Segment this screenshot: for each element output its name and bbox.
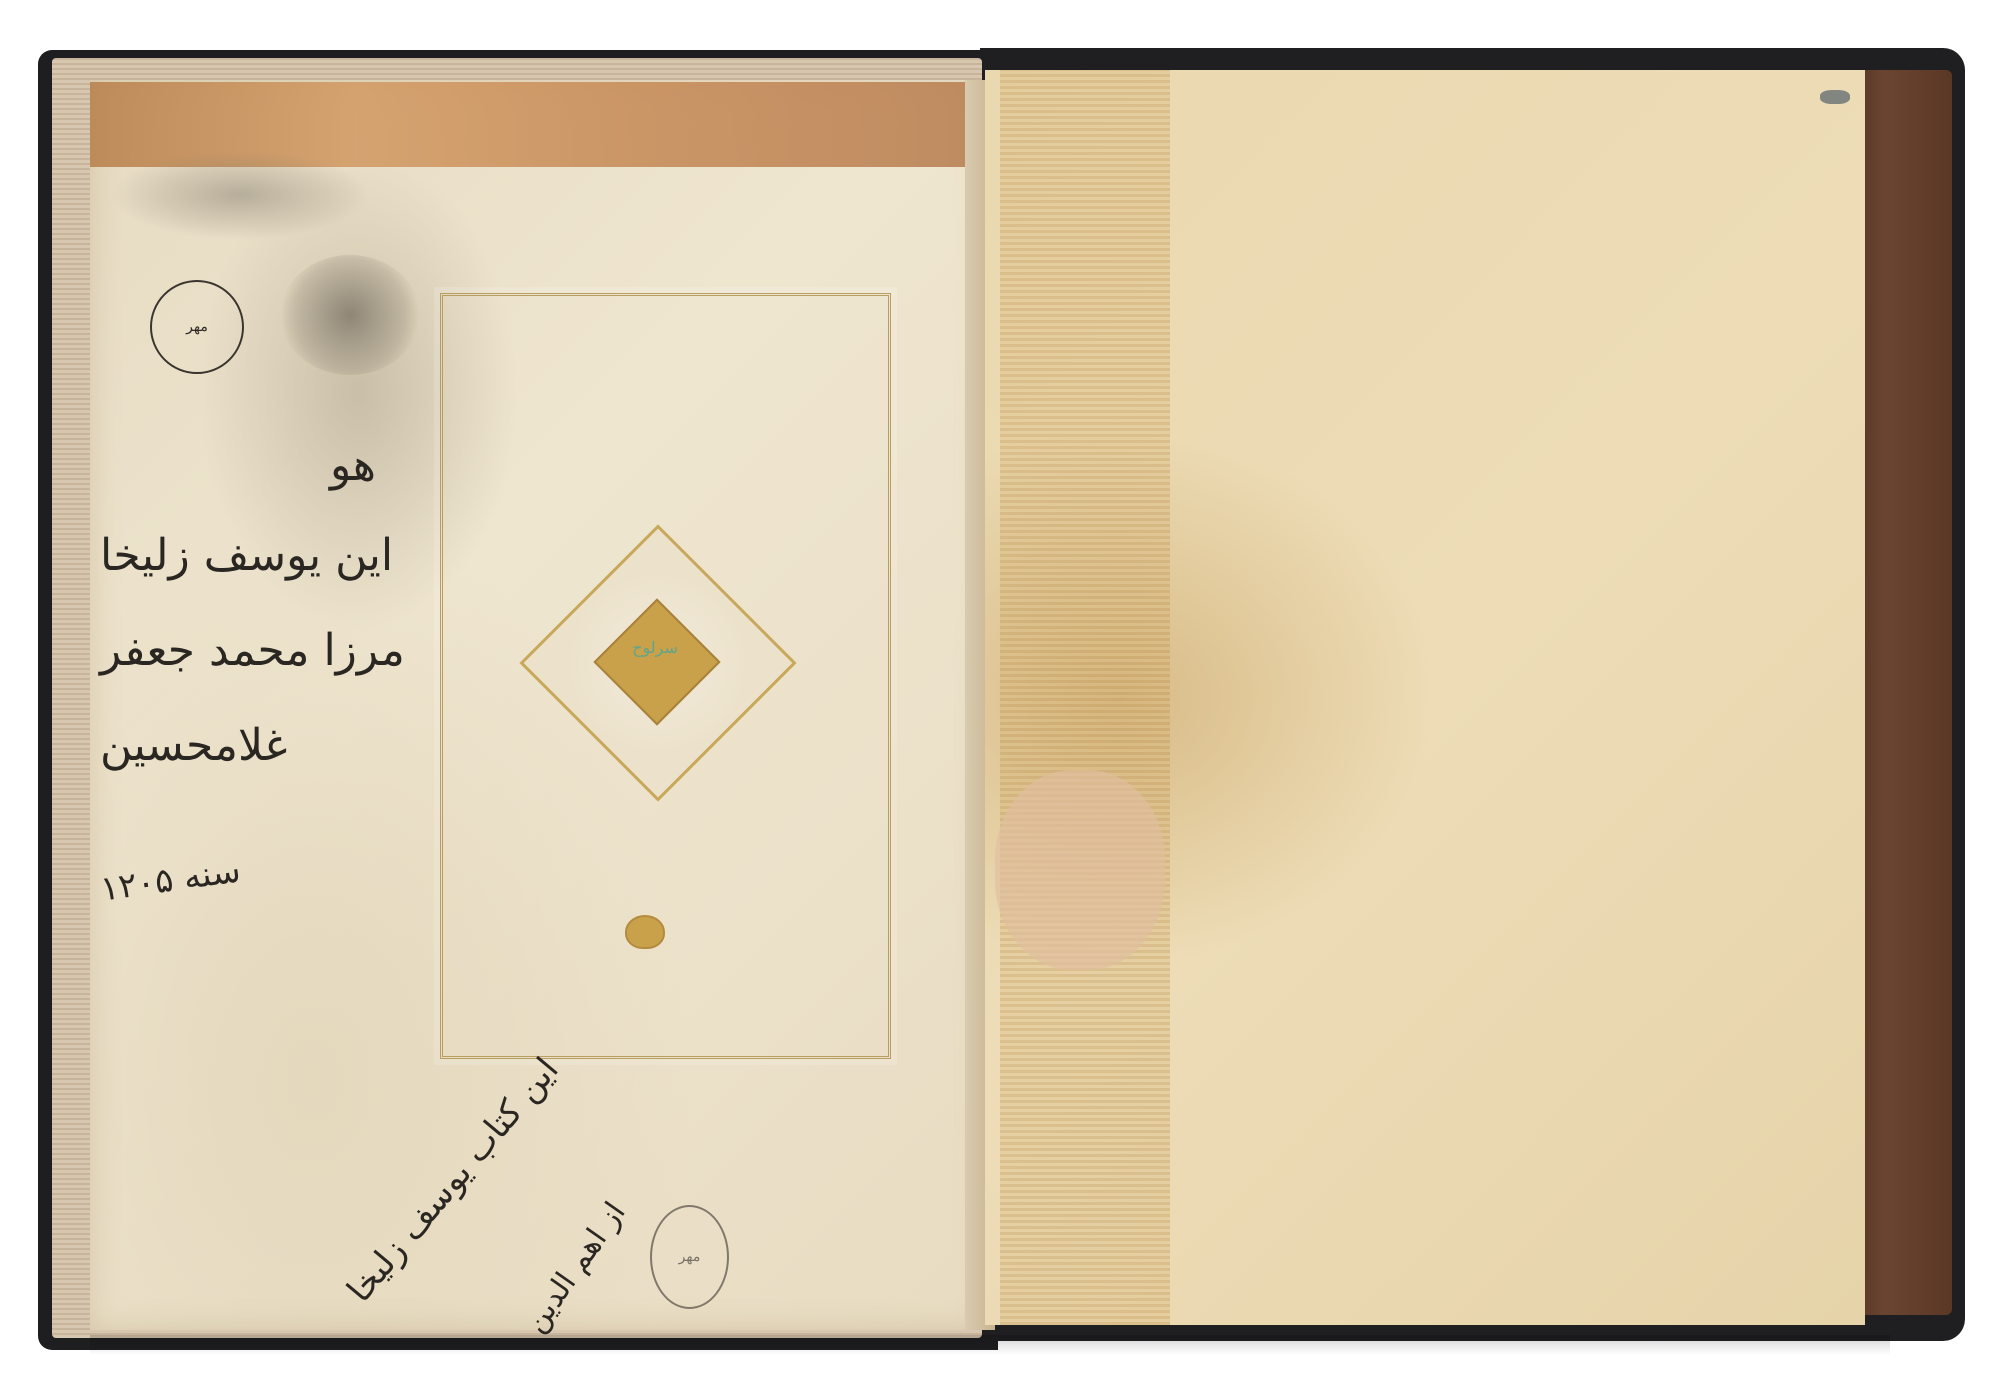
ink-stain xyxy=(1820,90,1850,104)
pendant-bottom xyxy=(625,915,665,949)
paper-patch xyxy=(995,770,1165,970)
handwritten-note: غلامحسین xyxy=(100,720,287,771)
handwritten-note: مرزا محمد جعفر xyxy=(100,625,405,676)
handwritten-note: هو xyxy=(330,440,376,491)
medallion-inscription: سرلوح xyxy=(600,638,710,658)
seal-stamp: مهر xyxy=(150,280,244,374)
stain xyxy=(280,255,420,375)
seal-stamp: مهر xyxy=(650,1205,729,1309)
handwritten-note: این یوسف زلیخا xyxy=(100,530,393,581)
shadow xyxy=(90,1335,1890,1355)
stain xyxy=(110,150,370,240)
repair-strip xyxy=(1000,70,1170,1325)
